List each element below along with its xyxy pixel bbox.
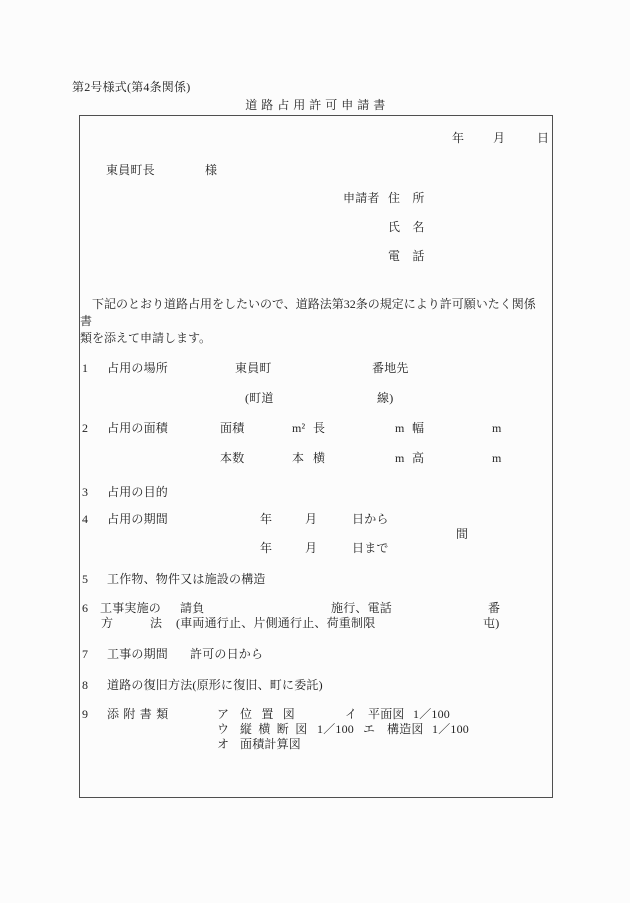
date-year-label: 年 xyxy=(452,131,464,145)
item7-number: 7 xyxy=(82,647,88,661)
item9-e-mark: オ xyxy=(217,737,229,751)
date-month-label: 月 xyxy=(493,131,505,145)
item1-lot-suffix: 番地先 xyxy=(372,361,409,375)
item7-value: 許可の日から xyxy=(190,647,263,661)
preamble-line-1: 下記のとおり道路占用をしたいので、道路法第32条の規定により許可願いたく関係書 xyxy=(80,296,546,330)
item7-label: 工事の期間 xyxy=(107,647,168,661)
item9-c-text: 縦 横 断 図 xyxy=(240,722,307,736)
item4-number: 4 xyxy=(82,512,88,526)
item8-label: 道路の復旧方法(原形に復旧、町に委託) xyxy=(107,678,323,692)
preamble-paragraph: 下記のとおり道路占用をしたいので、道路法第32条の規定により許可願いたく関係書 … xyxy=(80,296,546,347)
item9-c-mark: ウ xyxy=(217,722,229,736)
item2-height-label: 高 xyxy=(412,451,424,465)
item2-label: 占用の面積 xyxy=(107,421,168,435)
item2-length-unit: m xyxy=(395,421,405,435)
item9-d-text: 構造図 xyxy=(387,722,424,736)
item6-number: 6 xyxy=(82,601,88,615)
item2-height-unit: m xyxy=(492,451,502,465)
item4-duration-suffix: 間 xyxy=(456,527,468,541)
item9-d-scale: 1／100 xyxy=(432,722,469,736)
item2-horiz-unit: m xyxy=(395,451,405,465)
item1-number: 1 xyxy=(82,361,88,375)
item6-label-line2a: 方 xyxy=(101,616,113,630)
item9-e-text: 面積計算図 xyxy=(240,737,301,751)
addressee-name: 東員町長 xyxy=(106,163,155,177)
document-page: 第2号様式(第4条関係) 道 路 占 用 許 可 申 請 書 年 月 日 東員町… xyxy=(0,0,630,903)
item4-to-month: 月 xyxy=(305,541,317,555)
applicant-address-label: 住 所 xyxy=(388,191,425,205)
item1-label: 占用の場所 xyxy=(107,361,168,375)
item8-number: 8 xyxy=(82,678,88,692)
item2-length-label: 長 xyxy=(313,421,325,435)
item9-label: 添 附 書 類 xyxy=(107,707,168,721)
item3-label: 占用の目的 xyxy=(107,485,168,499)
item4-label: 占用の期間 xyxy=(107,512,168,526)
item2-count-unit: 本 xyxy=(292,451,304,465)
item4-from-year: 年 xyxy=(260,512,272,526)
item6-ton-suffix: 屯) xyxy=(483,616,499,630)
item6-restrictions: (車両通行止、片側通行止、荷重制限 xyxy=(176,616,375,630)
item9-b-scale: 1／100 xyxy=(413,707,450,721)
item2-horiz-label: 横 xyxy=(313,451,325,465)
item1-town: 東員町 xyxy=(235,361,272,375)
item9-b-mark: イ xyxy=(345,707,357,721)
item4-from-month: 月 xyxy=(305,512,317,526)
item6-label-line1: 工事実施の xyxy=(100,601,161,615)
item9-a-mark: ア xyxy=(217,707,229,721)
item9-b-text: 平面図 xyxy=(368,707,405,721)
item6-label-line2b: 法 xyxy=(150,616,162,630)
form-title: 道 路 占 用 許 可 申 請 書 xyxy=(79,96,552,113)
item9-number: 9 xyxy=(82,707,88,721)
item2-count-label: 本数 xyxy=(220,451,244,465)
item2-width-unit: m xyxy=(492,421,502,435)
item4-from-day: 日から xyxy=(352,512,389,526)
applicant-label: 申請者 xyxy=(343,191,380,205)
preamble-line-2: 類を添えて申請します。 xyxy=(80,330,546,347)
item9-d-mark: エ xyxy=(363,722,375,736)
item3-number: 3 xyxy=(82,485,88,499)
item2-area-label: 面積 xyxy=(220,421,244,435)
item9-a-text: 位 置 図 xyxy=(240,707,295,721)
item1-road-prefix: (町道 xyxy=(245,391,274,405)
item6-contract-label: 請負 xyxy=(180,601,204,615)
item1-road-suffix: 線) xyxy=(377,391,393,405)
date-day-label: 日 xyxy=(537,131,549,145)
item2-width-label: 幅 xyxy=(412,421,424,435)
item6-execution-label: 施行、電話 xyxy=(331,601,392,615)
form-number: 第2号様式(第4条関係) xyxy=(72,80,190,94)
item6-number-suffix: 番 xyxy=(488,601,500,615)
item2-area-unit: m² xyxy=(292,421,305,435)
item4-to-day: 日まで xyxy=(352,541,389,555)
item2-number: 2 xyxy=(82,421,88,435)
applicant-name-label: 氏 名 xyxy=(388,220,425,234)
item9-c-scale: 1／100 xyxy=(317,722,354,736)
item5-number: 5 xyxy=(82,572,88,586)
item5-label: 工作物、物件又は施設の構造 xyxy=(107,572,266,586)
item4-to-year: 年 xyxy=(260,541,272,555)
addressee-honorific: 様 xyxy=(205,163,217,177)
applicant-phone-label: 電 話 xyxy=(388,249,425,263)
